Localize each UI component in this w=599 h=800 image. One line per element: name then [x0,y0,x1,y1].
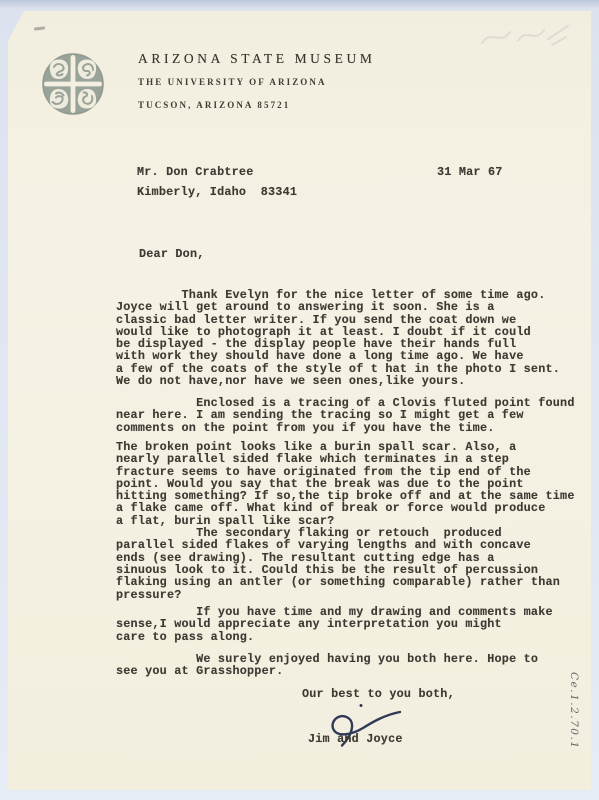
letter-paragraph: Thank Evelyn for the nice letter of some… [116,289,560,387]
letterhead-university: THE UNIVERSITY OF ARIZONA [138,77,327,87]
letterhead-org-title: ARIZONA STATE MUSEUM [138,51,375,67]
letter-paragraph: We surely enjoyed having you both here. … [116,653,538,678]
seal-quadrant-animal [50,60,68,79]
closing-line: Our best to you both, [302,688,455,700]
seal-quadrant-animal [78,89,96,108]
stray-ink-mark [34,26,45,30]
seal-quadrant-animal [78,60,96,79]
catalog-code-annotation: Ce.1.2.70.1 [568,672,580,750]
salutation: Dear Don, [139,248,205,260]
museum-seal-icon [42,53,104,115]
letter-date: 31 Mar 67 [437,166,503,178]
seal-quadrant-animal [50,89,68,108]
letter-paragraph: Enclosed is a tracing of a Clovis fluted… [116,397,575,434]
letterhead-address: TUCSON, ARIZONA 85721 [138,100,290,110]
faint-pencil-mark [478,19,573,55]
signature-names: Jim and Joyce [308,733,403,745]
recipient-name: Mr. Don Crabtree [137,166,253,178]
scanned-letter: ARIZONA STATE MUSEUM THE UNIVERSITY OF A… [0,0,599,800]
letter-paper: ARIZONA STATE MUSEUM THE UNIVERSITY OF A… [8,11,591,790]
letter-paragraph: If you have time and my drawing and comm… [116,606,553,643]
letter-paragraph: The broken point looks like a burin spal… [116,441,575,601]
recipient-address: Kimberly, Idaho 83341 [137,186,297,198]
